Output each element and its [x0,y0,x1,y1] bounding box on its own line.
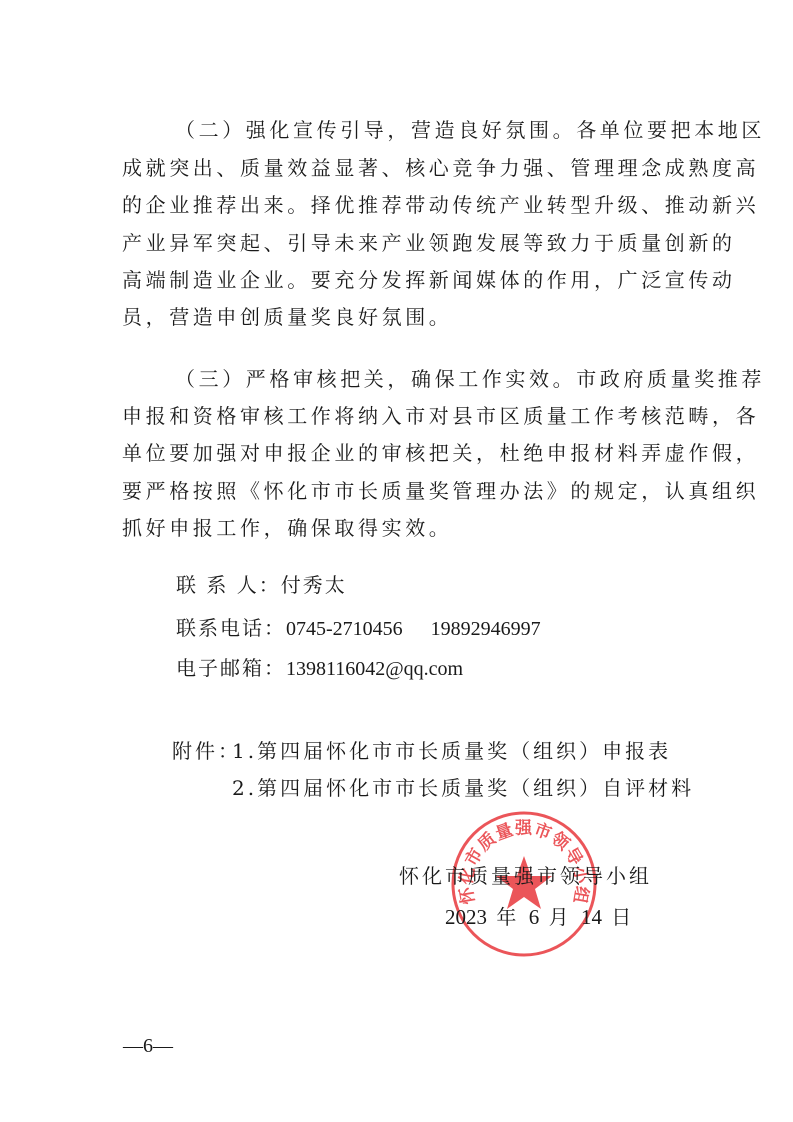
contact-email-row: 电子邮箱：1398116042@qq.com [176,655,463,682]
paragraph-line: 要严格按照《怀化市市长质量奖管理办法》的规定，认真组织 [122,478,688,504]
date-year-unit: 年 [496,905,519,929]
paragraph-line: 的企业推荐出来。择优推荐带动传统产业转型升级、推动新兴 [122,192,688,218]
paragraph-line: （二）强化宣传引导，营造良好氛围。各单位要把本地区 [175,117,688,143]
date-month-unit: 月 [549,905,572,929]
contact-person-value: 付秀太 [281,573,347,597]
paragraph-line: 抓好申报工作，确保取得实效。 [122,515,688,541]
page-number: —6— [123,1033,173,1059]
paragraph-line: （三）严格审核把关，确保工作实效。市政府质量奖推荐 [175,366,688,392]
contact-email-label: 电子邮箱： [176,656,286,680]
paragraph-line: 申报和资格审核工作将纳入市对县市区质量工作考核范畴，各 [122,403,688,429]
paragraph-line: 高端制造业企业。要充分发挥新闻媒体的作用，广泛宣传动 [122,267,688,293]
contact-phone-row: 联系电话：0745-271045619892946997 [176,615,541,642]
attachments-label: 附件： [172,738,241,764]
contact-email-value: 1398116042@qq.com [286,658,463,680]
contact-person-label: 联 系 人： [176,573,281,597]
contact-person-row: 联 系 人：付秀太 [176,572,347,598]
attachment-item-1: 1.第四届怀化市市长质量奖（组织）申报表 [232,738,671,764]
date-year: 2023 [445,905,487,929]
paragraph-line: 单位要加强对申报企业的审核把关，杜绝申报材料弄虚作假， [122,440,688,466]
paragraph-line: 员，营造申创质量奖良好氛围。 [122,304,688,330]
signature-organization: 怀化市质量强市领导小组 [399,863,652,889]
attachment-item-2: 2.第四届怀化市市长质量奖（组织）自评材料 [232,775,694,801]
contact-phone-label: 联系电话： [176,616,286,640]
signature-date: 2023 年 6 月 14 日 [445,904,634,930]
date-month: 6 [529,905,540,929]
contact-phone-2: 19892946997 [431,618,541,640]
date-day: 14 [581,905,602,929]
paragraph-line: 产业异军突起、引导未来产业领跑发展等致力于质量创新的 [122,230,688,256]
document-page: （二）强化宣传引导，营造良好氛围。各单位要把本地区 成就突出、质量效益显著、核心… [0,0,793,1122]
date-day-unit: 日 [611,905,634,929]
paragraph-line: 成就突出、质量效益显著、核心竞争力强、管理理念成熟度高 [122,155,688,181]
contact-phone-1: 0745-2710456 [286,618,403,640]
